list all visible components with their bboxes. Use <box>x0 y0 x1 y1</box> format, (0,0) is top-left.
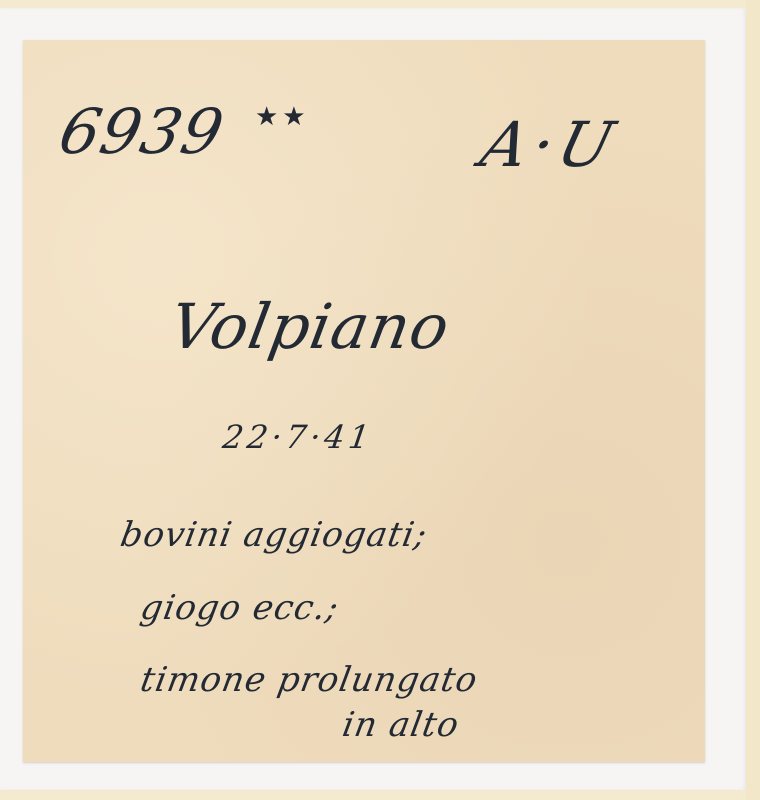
archival-card: 6939 ★★ A·U Volpiano 22·7·41 bovini aggi… <box>23 40 705 762</box>
author-initials: A·U <box>474 108 627 181</box>
description-line: giogo ecc.; <box>137 588 342 628</box>
place-name: Volpiano <box>165 290 456 363</box>
star-marks-icon: ★★ <box>255 102 310 132</box>
description-line: bovini aggiogati; <box>117 515 430 555</box>
catalog-number: 6939 <box>53 95 230 168</box>
description-line: in alto <box>339 705 462 745</box>
edge-strip <box>746 0 760 800</box>
description-line: timone prolungato <box>137 660 480 700</box>
date: 22·7·41 <box>220 418 375 456</box>
